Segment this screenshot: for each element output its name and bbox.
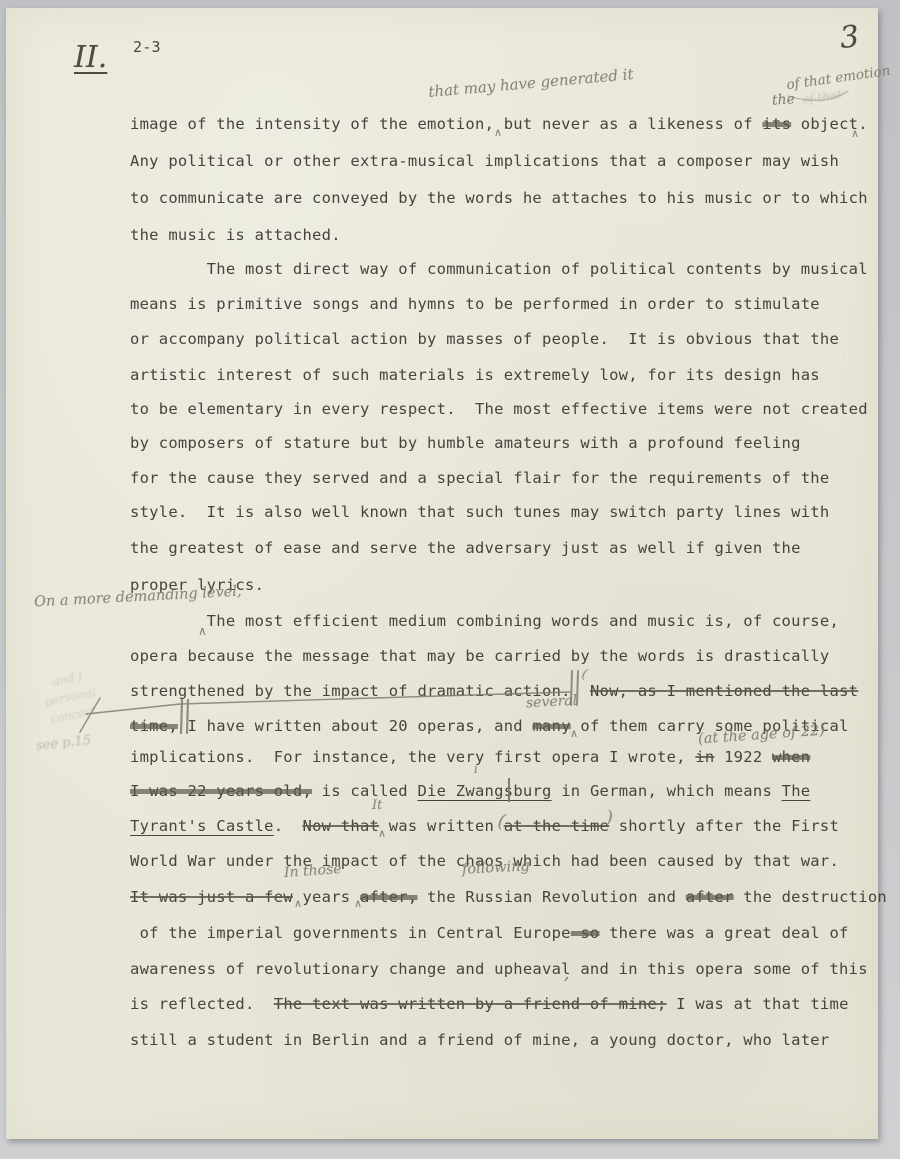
insertion-the: the	[771, 91, 795, 109]
caret-after-years: ∧	[354, 897, 362, 910]
typed-segment: the greatest of ease and serve the adver…	[130, 539, 801, 557]
typed-segment: I was at that time	[667, 995, 849, 1013]
insertion-several: several	[526, 693, 578, 712]
typed-segment: strengthened by the impact of dramatic a…	[130, 682, 590, 700]
hand-comma-upheaval: ,	[564, 964, 569, 984]
typed-line-5: The most direct way of communication of …	[130, 259, 868, 279]
typed-segment-edited: It was just a few	[130, 888, 293, 906]
typed-segment-edited: when	[772, 748, 810, 766]
typed-line-26: is reflected. The text was written by a …	[130, 994, 849, 1014]
typed-line-17: strengthened by the impact of dramatic a…	[130, 681, 858, 701]
caret-before-the-most: ∧	[198, 624, 207, 638]
typed-page-ref: 2-3	[133, 38, 161, 56]
typed-line-20: I was 22 years old, is called Die Zwangs…	[130, 781, 810, 801]
typed-segment: The most direct way of communication of …	[130, 260, 868, 278]
typed-segment: still a student in Berlin and a friend o…	[130, 1031, 829, 1049]
typed-line-12: style. It is also well known that such t…	[130, 502, 829, 522]
hand-paren-close: )	[606, 807, 613, 828]
typed-segment: and in this opera some of this	[571, 960, 868, 978]
typed-segment: there was a great deal of	[600, 924, 849, 942]
typed-line-27: still a student in Berlin and a friend o…	[130, 1030, 829, 1050]
caret-after-few: ∧	[294, 897, 302, 910]
typed-line-16: opera because the message that may be ca…	[130, 646, 829, 666]
typed-line-3: to communicate are conveyed by the words…	[130, 188, 868, 208]
typed-segment: shortly after the First	[609, 817, 839, 835]
caret-after-emotion: ∧	[494, 126, 502, 139]
typed-segment: years	[293, 888, 360, 906]
typed-segment: implications. For instance, the very fir…	[130, 748, 695, 766]
typed-segment: .	[858, 115, 868, 133]
typed-segment-edited: its	[762, 115, 791, 133]
typed-line-2: Any political or other extra-musical imp…	[130, 151, 839, 171]
typed-segment: by composers of stature but by humble am…	[130, 434, 801, 452]
typed-segment: image of the intensity of the emotion, b…	[130, 115, 762, 133]
section-numeral: II.	[74, 40, 107, 75]
typed-segment-edited: so	[571, 924, 600, 942]
typed-line-15: The most efficient medium combining word…	[130, 611, 839, 631]
typed-segment-edited: time,	[130, 717, 178, 735]
typed-segment: The most efficient medium combining word…	[130, 612, 839, 630]
typed-line-11: for the cause they served and a special …	[130, 468, 829, 488]
photographed-manuscript: image of the intensity of the emotion, b…	[0, 0, 900, 1159]
typed-line-23: It was just a few years after, the Russi…	[130, 887, 887, 907]
typed-segment-edited: many	[532, 717, 570, 735]
typed-segment: was written	[379, 817, 504, 835]
typed-segment: artistic interest of such materials is e…	[130, 366, 820, 384]
typed-segment-edited: Die Zwang	[417, 782, 503, 800]
insertion-i-zwingburg: i	[474, 762, 478, 776]
typed-line-7: or accompany political action by masses …	[130, 329, 839, 349]
typed-segment: is called	[312, 782, 417, 800]
typed-segment: is reflected.	[130, 995, 274, 1013]
typed-segment-edited: s	[504, 781, 514, 801]
typed-segment-edited: The	[782, 782, 811, 800]
typed-segment: 1922	[715, 748, 773, 766]
typed-segment: awareness of revolutionary change and up…	[130, 960, 571, 978]
caret-after-now-that: ∧	[378, 827, 386, 840]
typed-line-21: Tyrant's Castle. Now that was written at…	[130, 816, 839, 836]
typed-line-25: awareness of revolutionary change and up…	[130, 959, 868, 979]
typed-segment-edited: at the time	[504, 817, 609, 835]
typed-segment-edited: in	[695, 748, 714, 766]
typed-segment: opera because the message that may be ca…	[130, 647, 829, 665]
typed-segment-edited: burg	[513, 782, 551, 800]
typed-segment: I have written about 20 operas, and	[178, 717, 533, 735]
typed-segment-edited: I was 22 years old,	[130, 782, 312, 800]
typed-segment: Any political or other extra-musical imp…	[130, 152, 839, 170]
typed-segment-edited: Now, as I mentioned the last	[590, 682, 858, 700]
typed-line-19: implications. For instance, the very fir…	[130, 747, 810, 767]
typed-line-24: of the imperial governments in Central E…	[130, 923, 849, 943]
typed-segment-edited: after,	[360, 888, 418, 906]
typed-segment: to be elementary in every respect. The m…	[130, 400, 868, 418]
typed-line-10: by composers of stature but by humble am…	[130, 433, 801, 453]
typed-segment: means is primitive songs and hymns to be…	[130, 295, 820, 313]
caret-after-object: ∧	[851, 127, 859, 140]
caret-after-many: ∧	[570, 727, 578, 740]
typed-segment-edited: Now that	[302, 817, 379, 835]
typed-segment: to communicate are conveyed by the words…	[130, 189, 868, 207]
typed-line-13: the greatest of ease and serve the adver…	[130, 538, 801, 558]
typed-segment: .	[274, 817, 303, 835]
typed-segment: object	[791, 115, 858, 133]
typed-segment: the music is attached.	[130, 226, 341, 244]
typed-segment: the destruction	[734, 888, 887, 906]
typed-line-4: the music is attached.	[130, 225, 341, 245]
typed-line-8: artistic interest of such materials is e…	[130, 365, 820, 385]
typed-segment: in German, which means	[552, 782, 782, 800]
typed-segment: or accompany political action by masses …	[130, 330, 839, 348]
page-number: 3	[838, 19, 861, 56]
typed-segment: for the cause they served and a special …	[130, 469, 829, 487]
typed-segment-edited: The text was written by a friend of mine…	[274, 995, 667, 1013]
typed-segment: style. It is also well known that such t…	[130, 503, 829, 521]
typed-line-6: means is primitive songs and hymns to be…	[130, 294, 820, 314]
typed-segment: the Russian Revolution and	[417, 888, 685, 906]
typed-line-9: to be elementary in every respect. The m…	[130, 399, 868, 419]
typed-segment-edited: Tyrant's Castle	[130, 817, 274, 835]
insertion-it: It	[372, 798, 382, 813]
typed-segment-edited: after	[686, 888, 734, 906]
typed-segment: of the imperial governments in Central E…	[130, 924, 571, 942]
